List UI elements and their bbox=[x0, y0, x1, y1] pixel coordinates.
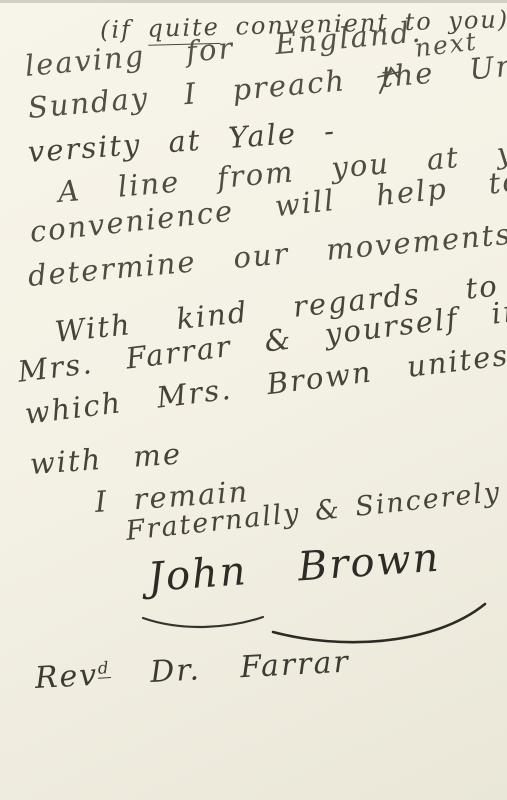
letter-line-with-me: with me bbox=[29, 439, 183, 479]
letter-page: (if quite convenient to you) leaving for… bbox=[0, 0, 507, 800]
addressee-line: Revd Dr. Farrar bbox=[34, 648, 350, 694]
signature-flourish bbox=[135, 598, 495, 653]
signature-john-brown: John Brown bbox=[147, 538, 442, 598]
addressee-prefix: Rev bbox=[34, 658, 99, 696]
addressee-superscript: d bbox=[97, 658, 111, 679]
scan-edge bbox=[0, 0, 507, 3]
